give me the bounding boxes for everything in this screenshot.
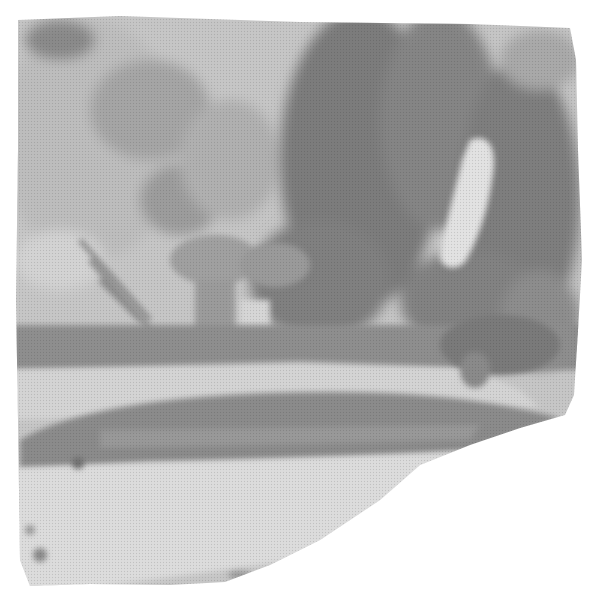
halftone-texture — [0, 0, 589, 600]
painting-content — [0, 0, 589, 600]
halftone-painting-fragment — [0, 0, 589, 600]
